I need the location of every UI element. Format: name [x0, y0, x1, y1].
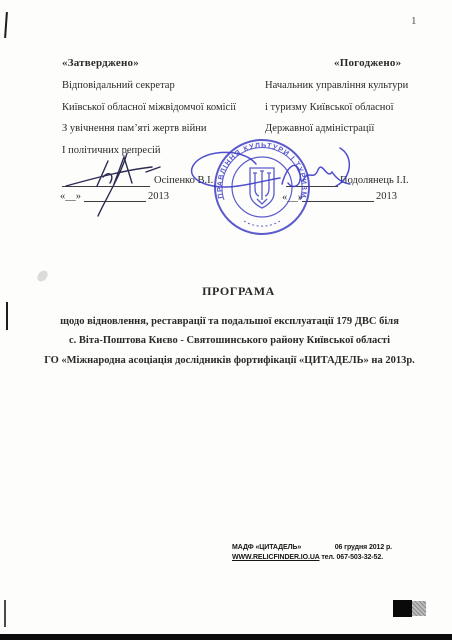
scan-artifact-line — [6, 302, 8, 330]
subtitle-line: ГО «Міжнародна асоціація дослідників фор… — [12, 351, 447, 370]
date-year-right: 2013 — [376, 191, 397, 202]
footer-date: 06 грудня 2012 р. — [335, 544, 392, 551]
document-subtitle: щодо відновлення, реставрації та подальш… — [12, 312, 447, 370]
approved-header: «Затверджено» — [62, 57, 139, 69]
date-prefix-left: «__» — [60, 191, 81, 202]
signer-name-right: Подолянець І.І. — [340, 175, 409, 186]
scan-artifact-line — [4, 12, 8, 38]
signature-ink-right — [192, 148, 350, 187]
subtitle-line: щодо відновлення, реставрації та подальш… — [12, 312, 447, 331]
approved-line: Київської обласної міжвідомчої комісії — [62, 102, 236, 113]
scanned-document-page: 1 «Затверджено» Відповідальний секретар … — [0, 0, 452, 640]
footer-website: WWW.RELICFINDER.IO.UA — [232, 554, 319, 561]
agreed-line: Начальник управління культури — [265, 80, 408, 91]
stamp-ring-text: УПРАВЛІННЯ КУЛЬТУРИ І ТУРИЗМУ — [204, 131, 309, 199]
agreed-line: і туризму Київської обласної — [265, 102, 394, 113]
signer-name-left: Осіпенко В.І. — [154, 175, 213, 186]
subtitle-line: с. Віта-Поштова Києво - Святошинського р… — [12, 331, 447, 350]
agreed-header: «Погоджено» — [334, 57, 401, 69]
document-footer: МАДФ «ЦИТАДЕЛЬ» 06 грудня 2012 р. WWW.RE… — [232, 544, 392, 561]
page-number: 1 — [411, 15, 417, 27]
signature-line-right — [286, 186, 338, 187]
stamp-inner-ring — [232, 157, 292, 217]
date-prefix-right: «__» — [282, 192, 303, 203]
svg-text:УПРАВЛІННЯ КУЛЬТУРИ І ТУРИЗМУ: УПРАВЛІННЯ КУЛЬТУРИ І ТУРИЗМУ — [204, 131, 309, 199]
footer-phone: тел. 067-503-32-52. — [321, 554, 383, 561]
stamp-bottom-text-marks — [244, 221, 280, 226]
approved-line: І політичних репресій — [62, 145, 161, 156]
date-year-left: 2013 — [148, 191, 169, 202]
trident-shield-icon — [250, 168, 274, 208]
scan-artifact-gray-square — [412, 601, 426, 616]
date-line-right — [302, 201, 374, 202]
signature-line-left — [62, 186, 150, 187]
document-title: ПРОГРАМА — [25, 284, 452, 299]
approved-line: Відповідальний секретар — [62, 80, 175, 91]
scan-artifact-black-square — [393, 600, 412, 617]
scan-edge-strip — [0, 634, 452, 640]
footer-org: МАДФ «ЦИТАДЕЛЬ» — [232, 544, 301, 551]
date-line-left — [84, 201, 146, 202]
stamp-outer-ring — [215, 140, 309, 234]
scan-artifact-line — [4, 600, 6, 627]
official-round-stamp: УПРАВЛІННЯ КУЛЬТУРИ І ТУРИЗМУ — [204, 131, 322, 245]
approved-line: З увічнення пам’яті жертв війни — [62, 123, 206, 134]
agreed-line: Державної адміністрації — [265, 123, 374, 134]
signature-ink-left — [66, 153, 160, 216]
scan-smudge — [35, 269, 50, 284]
